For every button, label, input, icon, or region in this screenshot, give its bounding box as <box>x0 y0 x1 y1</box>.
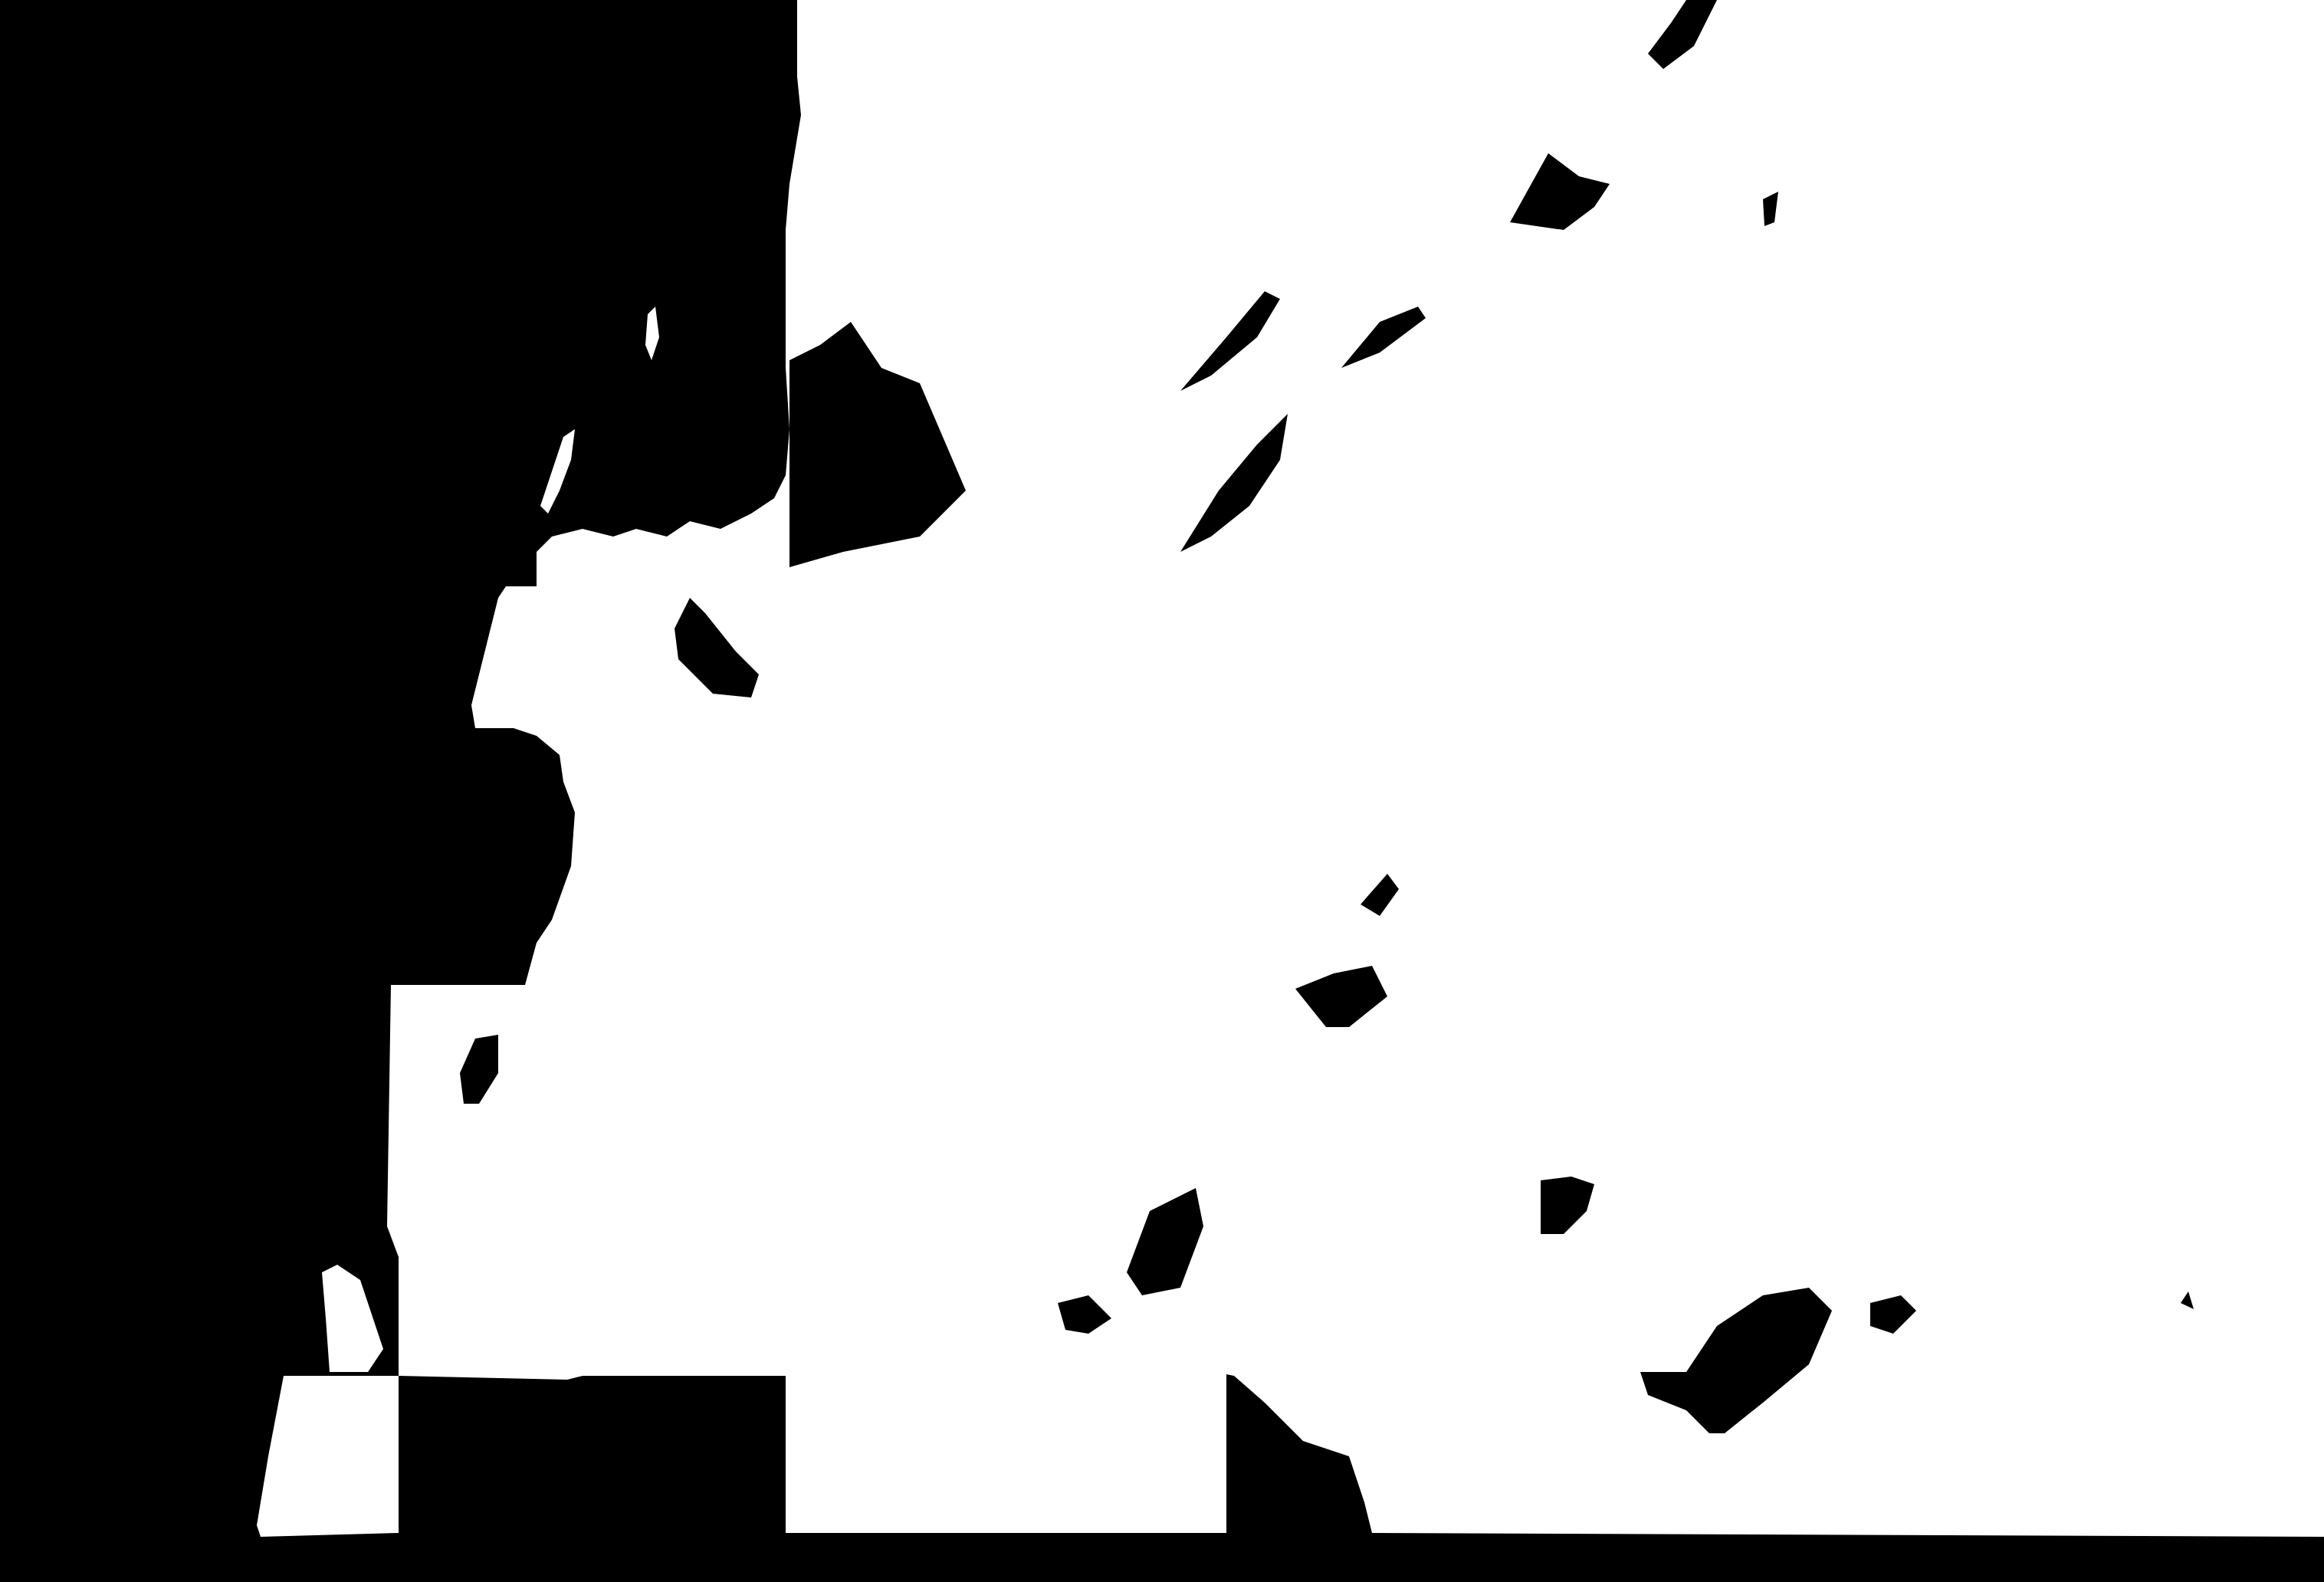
segmentation-mask <box>0 0 2324 1582</box>
mask-bottom-strip <box>0 1537 2324 1582</box>
